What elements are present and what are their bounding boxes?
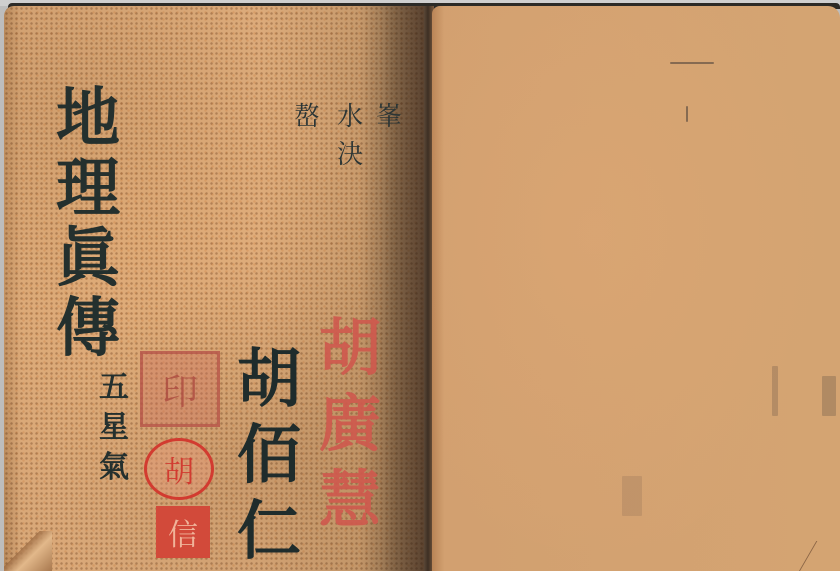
ink-speck <box>622 476 642 516</box>
subtitle-column-3: 嶅 <box>294 98 320 136</box>
seal-glyph: 胡 <box>164 447 194 491</box>
title-char: 眞 <box>56 224 120 294</box>
worn-corner <box>4 531 52 571</box>
subtitle-char: 水 <box>337 98 363 136</box>
subtitle-char: 峯 <box>376 98 402 136</box>
red-ink-name: 胡 廣 慧 <box>310 310 390 538</box>
ink-speck <box>686 106 688 122</box>
ink-speck <box>670 62 714 64</box>
subtitle-char: 嶅 <box>294 98 320 136</box>
subtitle-column-2: 水 決 <box>337 98 363 174</box>
cover-page: 地 理 眞 傳 五 星 氣 峯 水 決 嶅 印 胡 信 胡 <box>4 6 428 571</box>
author-char: 佰 <box>237 418 301 494</box>
red-char: 慧 <box>319 462 381 538</box>
faded-square-seal: 印 <box>140 351 220 427</box>
title-char: 地 <box>56 84 120 154</box>
red-char: 胡 <box>319 310 381 386</box>
ink-speck <box>772 366 778 416</box>
subtitle-column-1: 峯 <box>376 98 402 136</box>
author-char: 仁 <box>237 494 301 570</box>
author-char: 胡 <box>237 342 301 418</box>
volume-char: 星 <box>99 408 129 448</box>
volume-note: 五 星 氣 <box>92 368 136 488</box>
seal-glyph: 印 <box>162 364 198 415</box>
volume-char: 五 <box>99 368 129 408</box>
author-name: 胡 佰 仁 <box>224 342 314 570</box>
page-crack <box>799 541 840 571</box>
book-scan: 地 理 眞 傳 五 星 氣 峯 水 決 嶅 印 胡 信 胡 <box>0 0 840 571</box>
book-title: 地 理 眞 傳 <box>42 84 134 364</box>
seal-glyph: 信 <box>168 510 198 554</box>
ink-speck <box>822 376 836 416</box>
title-char: 理 <box>56 154 120 224</box>
solid-square-seal: 信 <box>156 506 210 558</box>
subtitle-char: 決 <box>337 136 363 174</box>
blank-page <box>432 6 840 571</box>
title-char: 傳 <box>56 294 120 364</box>
volume-char: 氣 <box>99 448 129 488</box>
red-char: 廣 <box>319 386 381 462</box>
round-seal: 胡 <box>144 438 214 500</box>
